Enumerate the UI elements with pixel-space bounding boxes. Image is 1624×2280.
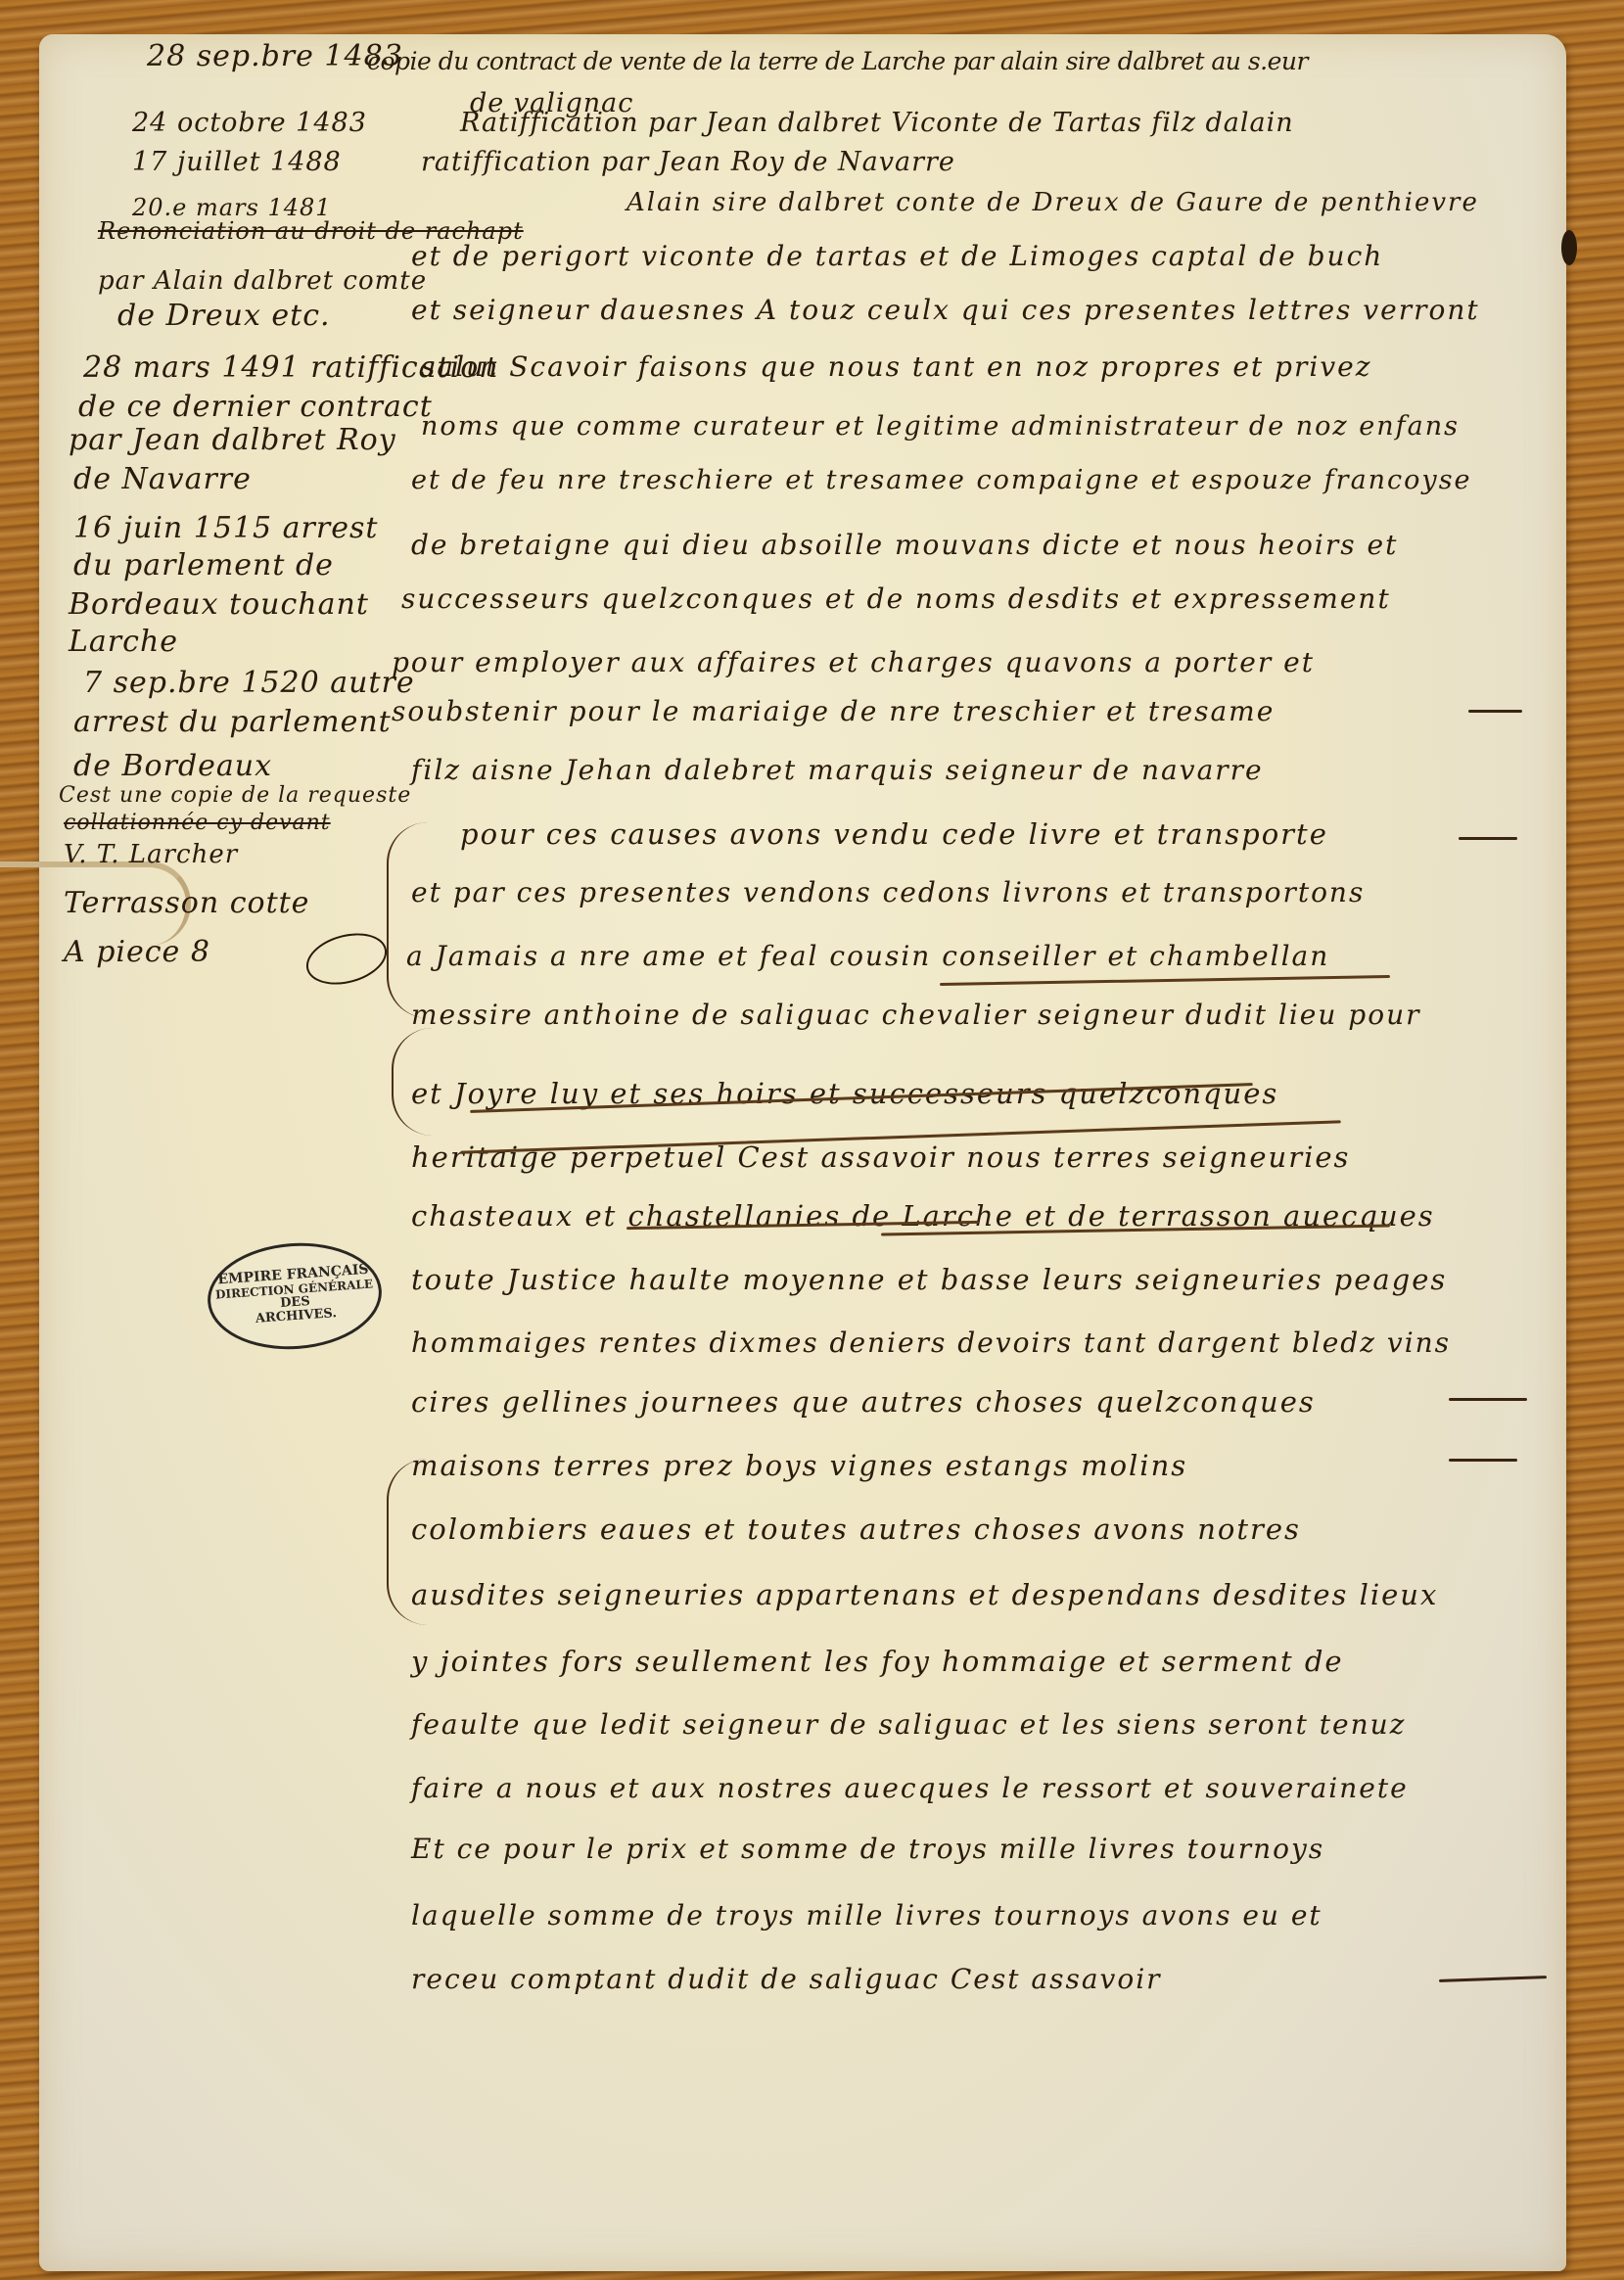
margin-note: A piece 8 xyxy=(64,935,210,969)
body-line: soubstenir pour le mariaige de nre tresc… xyxy=(392,695,1275,727)
stamp-line: ARCHIVES. xyxy=(255,1307,338,1326)
body-line: faire a nous et aux nostres auecques le … xyxy=(411,1772,1409,1804)
body-line: feaulte que ledit seigneur de saliguac e… xyxy=(411,1708,1406,1741)
line-filler-stroke xyxy=(1449,1398,1527,1401)
margin-note: de ce dernier contract xyxy=(78,390,433,424)
margin-note: Terrasson cotte xyxy=(64,886,309,920)
body-line: colombiers eaues et toutes autres choses… xyxy=(411,1512,1301,1546)
body-line: maisons terres prez boys vignes estangs … xyxy=(411,1449,1187,1482)
ink-blot xyxy=(1561,230,1577,265)
margin-note: Cest une copie de la requeste xyxy=(59,783,411,808)
body-line: pour ces causes avons vendu cede livre e… xyxy=(460,817,1328,851)
margin-note: Larche xyxy=(69,625,178,659)
margin-note: Bordeaux touchant xyxy=(69,587,369,622)
body-line: Et ce pour le prix et somme de troys mil… xyxy=(411,1833,1324,1865)
margin-note: 7 sep.bre 1520 autre xyxy=(83,666,415,700)
line-filler-stroke xyxy=(1468,710,1522,713)
line-filler-stroke xyxy=(1459,837,1517,840)
body-line: receu comptant dudit de saliguac Cest as… xyxy=(411,1963,1162,1995)
margin-note: par Alain dalbret comte xyxy=(98,266,427,296)
body-line: a Jamais a nre ame et feal cousin consei… xyxy=(406,940,1329,972)
body-line: noms que comme curateur et legitime admi… xyxy=(421,411,1460,442)
body-line: cires gellines journees que autres chose… xyxy=(411,1385,1316,1419)
body-line: et Joyre luy et ses hoirs et successeurs… xyxy=(411,1077,1278,1110)
header-date-4: 17 juillet 1488 xyxy=(132,147,342,177)
body-line: salut Scavoir faisons que nous tant en n… xyxy=(421,350,1371,383)
body-line: et de perigort viconte de tartas et de L… xyxy=(411,240,1383,272)
body-line: de bretaigne qui dieu absoille mouvans d… xyxy=(411,529,1398,561)
margin-note: de Bordeaux xyxy=(73,749,272,783)
margin-note: par Jean dalbret Roy xyxy=(69,423,396,457)
body-line: messire anthoine de saliguac chevalier s… xyxy=(411,999,1421,1031)
margin-bracket xyxy=(387,822,428,1018)
body-line: pour employer aux affaires et charges qu… xyxy=(392,646,1315,678)
body-line: et de feu nre treschiere et tresamee com… xyxy=(411,465,1472,495)
margin-note: V. T. Larcher xyxy=(64,840,238,869)
body-line: et seigneur dauesnes A touz ceulx qui ce… xyxy=(411,294,1480,326)
body-line: laquelle somme de troys mille livres tou… xyxy=(411,1899,1322,1931)
line-filler-stroke xyxy=(1449,1459,1517,1462)
header-text-1: copie du contract de vente de la terre d… xyxy=(367,47,1308,75)
margin-bracket xyxy=(387,1459,428,1625)
body-line: et par ces presentes vendons cedons livr… xyxy=(411,876,1365,908)
body-line: Alain sire dalbret conte de Dreux de Gau… xyxy=(626,188,1479,217)
body-line: ausdites seigneuries appartenans et desp… xyxy=(411,1578,1438,1611)
margin-note: du parlement de xyxy=(73,548,334,582)
margin-note: collationnée cy devant xyxy=(64,811,331,835)
margin-note: de Navarre xyxy=(73,462,252,496)
body-line: toute Justice haulte moyenne et basse le… xyxy=(411,1263,1447,1296)
body-line: filz aisne Jehan dalebret marquis seigne… xyxy=(411,754,1264,786)
header-date-1: 28 sep.bre 1483 xyxy=(147,39,403,73)
margin-note: 16 juin 1515 arrest xyxy=(73,511,378,545)
header-text-4: ratiffication par Jean Roy de Navarre xyxy=(421,147,955,177)
body-line: y jointes fors seullement les foy hommai… xyxy=(411,1645,1344,1678)
body-line: successeurs quelzconques et de noms desd… xyxy=(401,582,1391,615)
body-line: heritaige perpetuel Cest assavoir nous t… xyxy=(411,1140,1350,1174)
body-line: hommaiges rentes dixmes deniers devoirs … xyxy=(411,1326,1451,1359)
header-date-3: 24 octobre 1483 xyxy=(132,108,367,138)
margin-note: de Dreux etc. xyxy=(117,299,331,333)
header-text-3: Ratiffication par Jean dalbret Viconte d… xyxy=(460,108,1294,138)
margin-note: arrest du parlement xyxy=(73,705,392,739)
